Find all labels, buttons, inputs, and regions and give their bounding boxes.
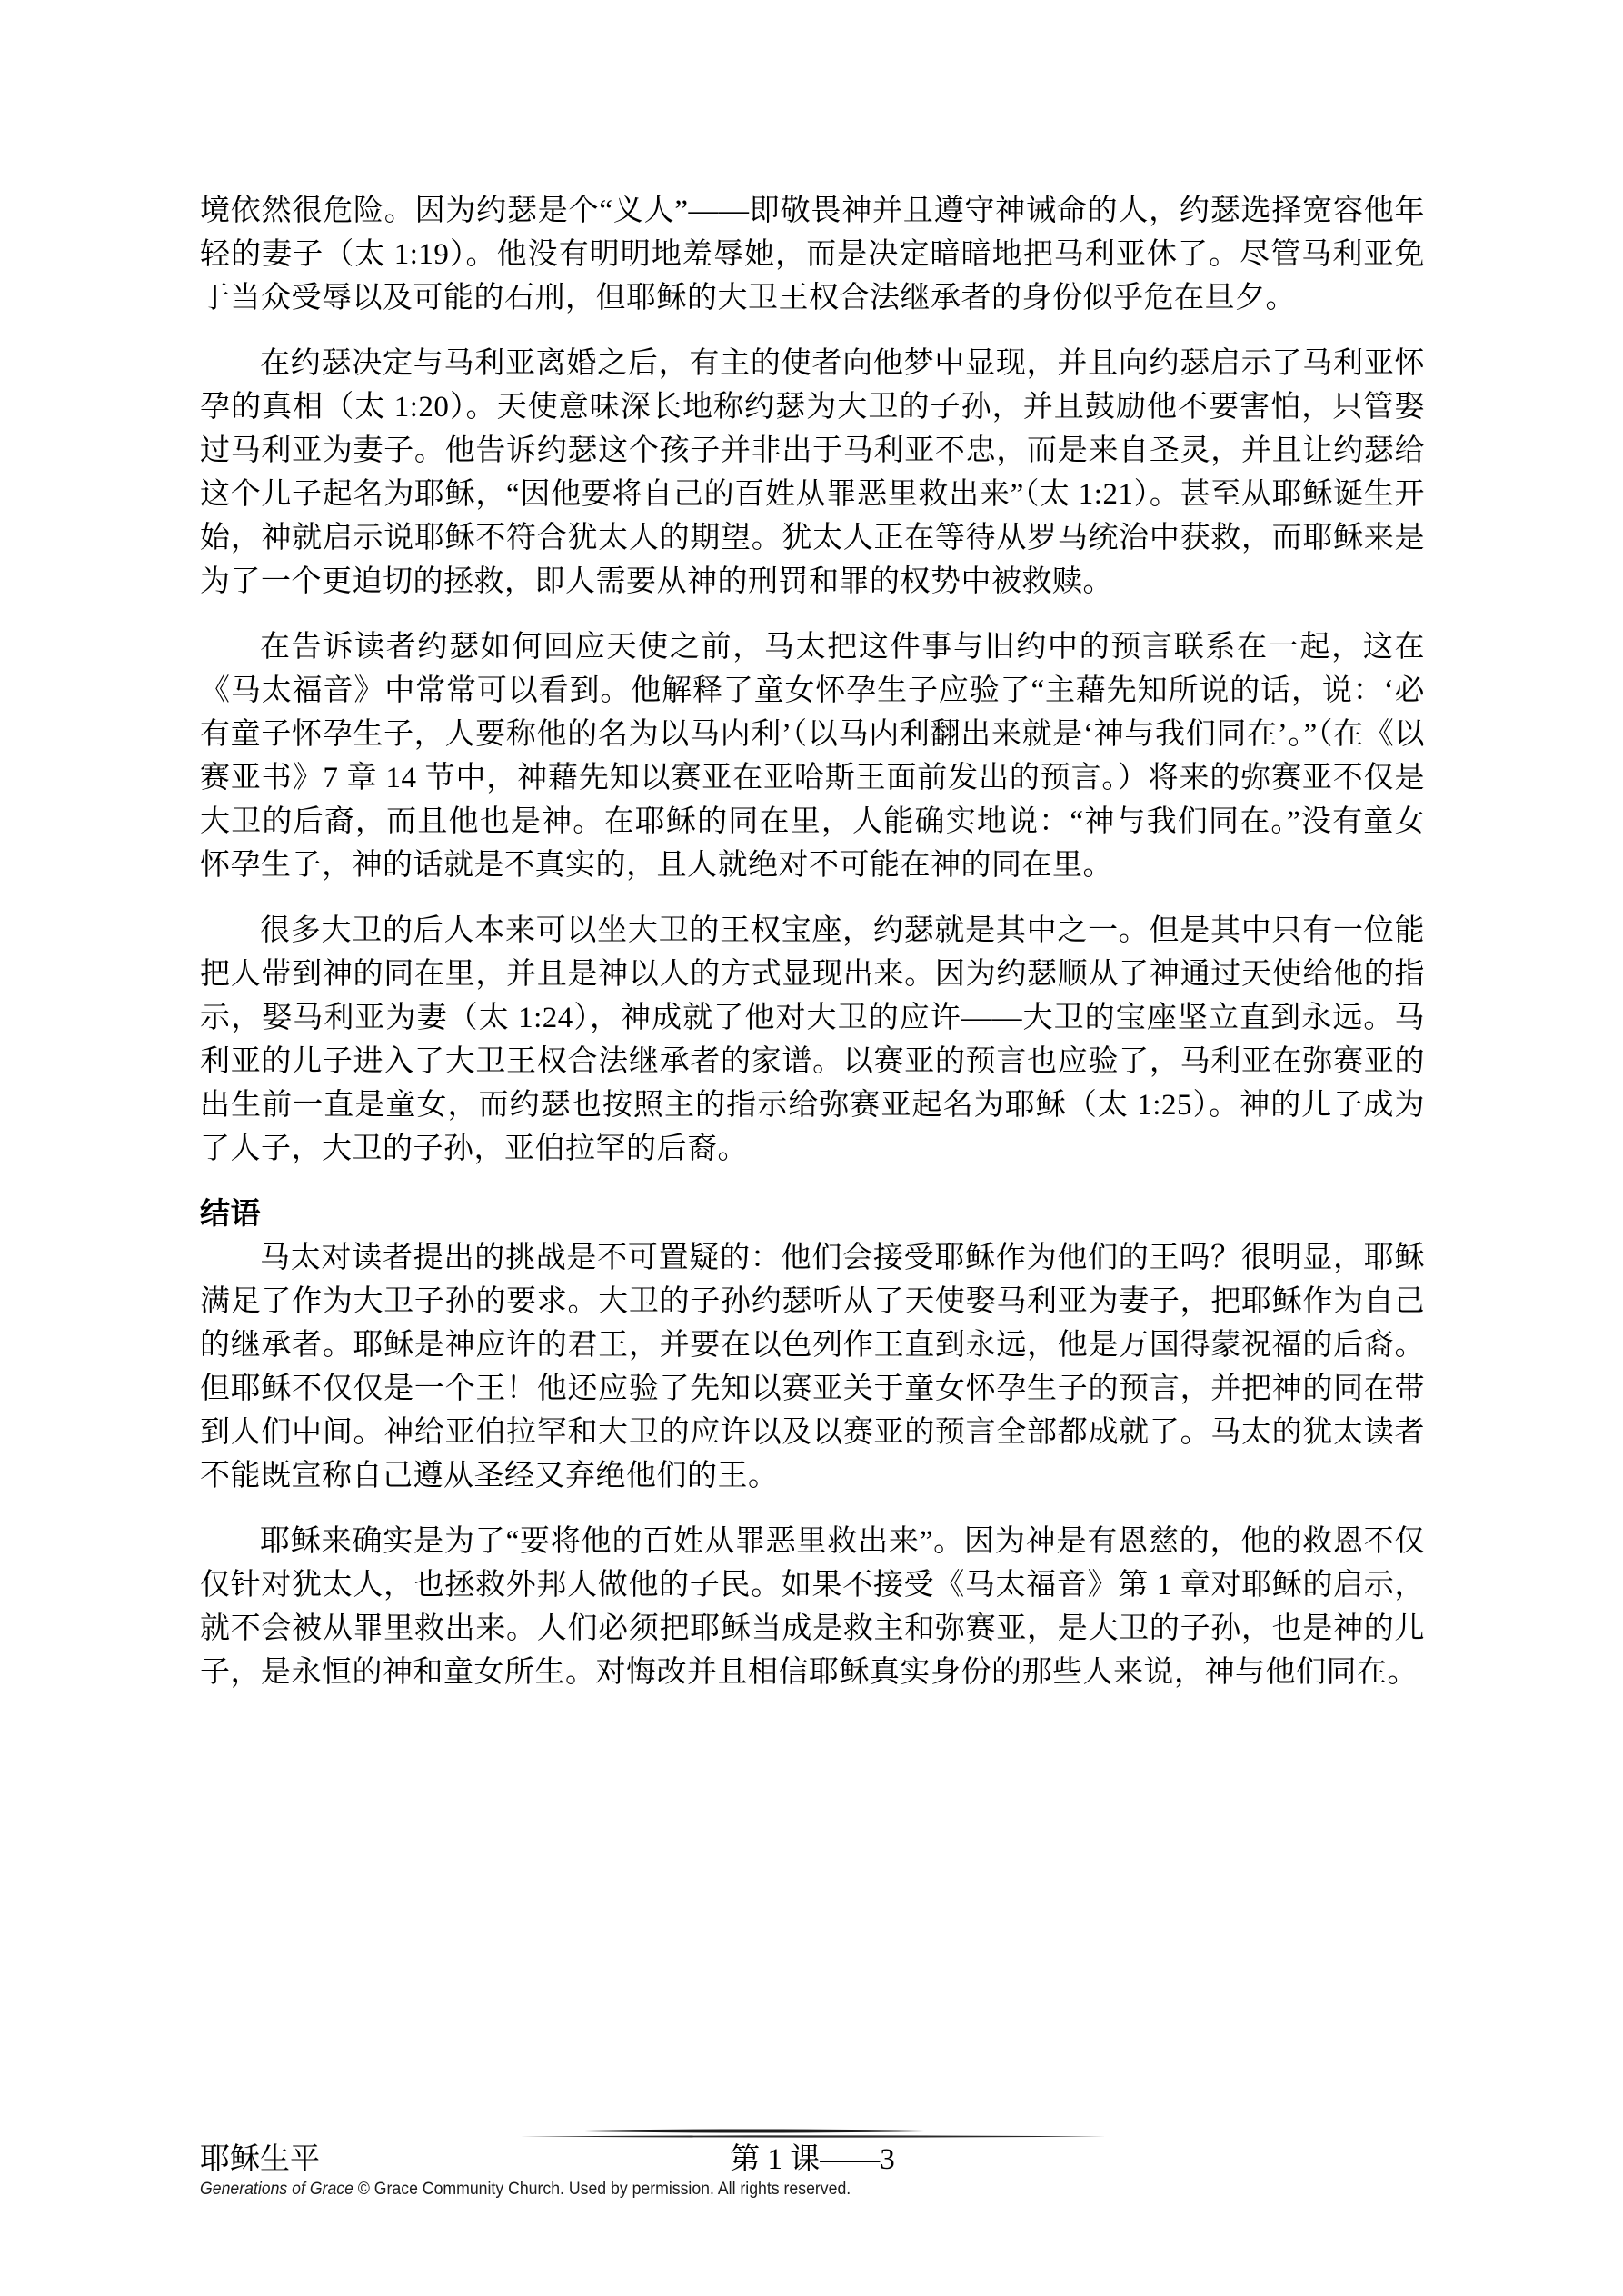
body-paragraph-6: 耶稣来确实是为了“要将他的百姓从罪恶里救出来”。因为神是有恩慈的，他的救恩不仅仅… bbox=[200, 1520, 1425, 1694]
body-paragraph-1: 境依然很危险。因为约瑟是个“义人”——即敬畏神并且遵守神诫命的人，约瑟选择宽容他… bbox=[200, 189, 1425, 320]
body-paragraph-2: 在约瑟决定与马利亚离婚之后，有主的使者向他梦中显现，并且向约瑟启示了马利亚怀孕的… bbox=[200, 342, 1425, 604]
document-page: 境依然很危险。因为约瑟是个“义人”——即敬畏神并且遵守神诫命的人，约瑟选择宽容他… bbox=[0, 0, 1623, 2296]
body-paragraph-5: 马太对读者提出的挑战是不可置疑的：他们会接受耶稣作为他们的王吗？很明显，耶稣满足… bbox=[200, 1236, 1425, 1498]
document-body: 境依然很危险。因为约瑟是个“义人”——即敬畏神并且遵守神诫命的人，约瑟选择宽容他… bbox=[200, 189, 1425, 1716]
footer-book-title: 耶稣生平 bbox=[200, 2140, 320, 2180]
footer-divider-line bbox=[520, 2127, 1106, 2140]
copyright-line: Generations of Grace © Grace Community C… bbox=[200, 2180, 851, 2200]
body-paragraph-4: 很多大卫的后人本来可以坐大卫的王权宝座，约瑟就是其中之一。但是其中只有一位能把人… bbox=[200, 909, 1425, 1171]
body-paragraph-3: 在告诉读者约瑟如何回应天使之前，马太把这件事与旧约中的预言联系在一起，这在《马太… bbox=[200, 625, 1425, 887]
footer-page-number: 第 1 课——3 bbox=[730, 2140, 895, 2180]
page-footer: 耶稣生平 第 1 课——3 bbox=[200, 2140, 1425, 2183]
section-heading-conclusion: 结语 bbox=[200, 1193, 1425, 1236]
copyright-work-title: Generations of Grace bbox=[200, 2180, 353, 2199]
copyright-notice: © Grace Community Church. Used by permis… bbox=[353, 2180, 851, 2199]
